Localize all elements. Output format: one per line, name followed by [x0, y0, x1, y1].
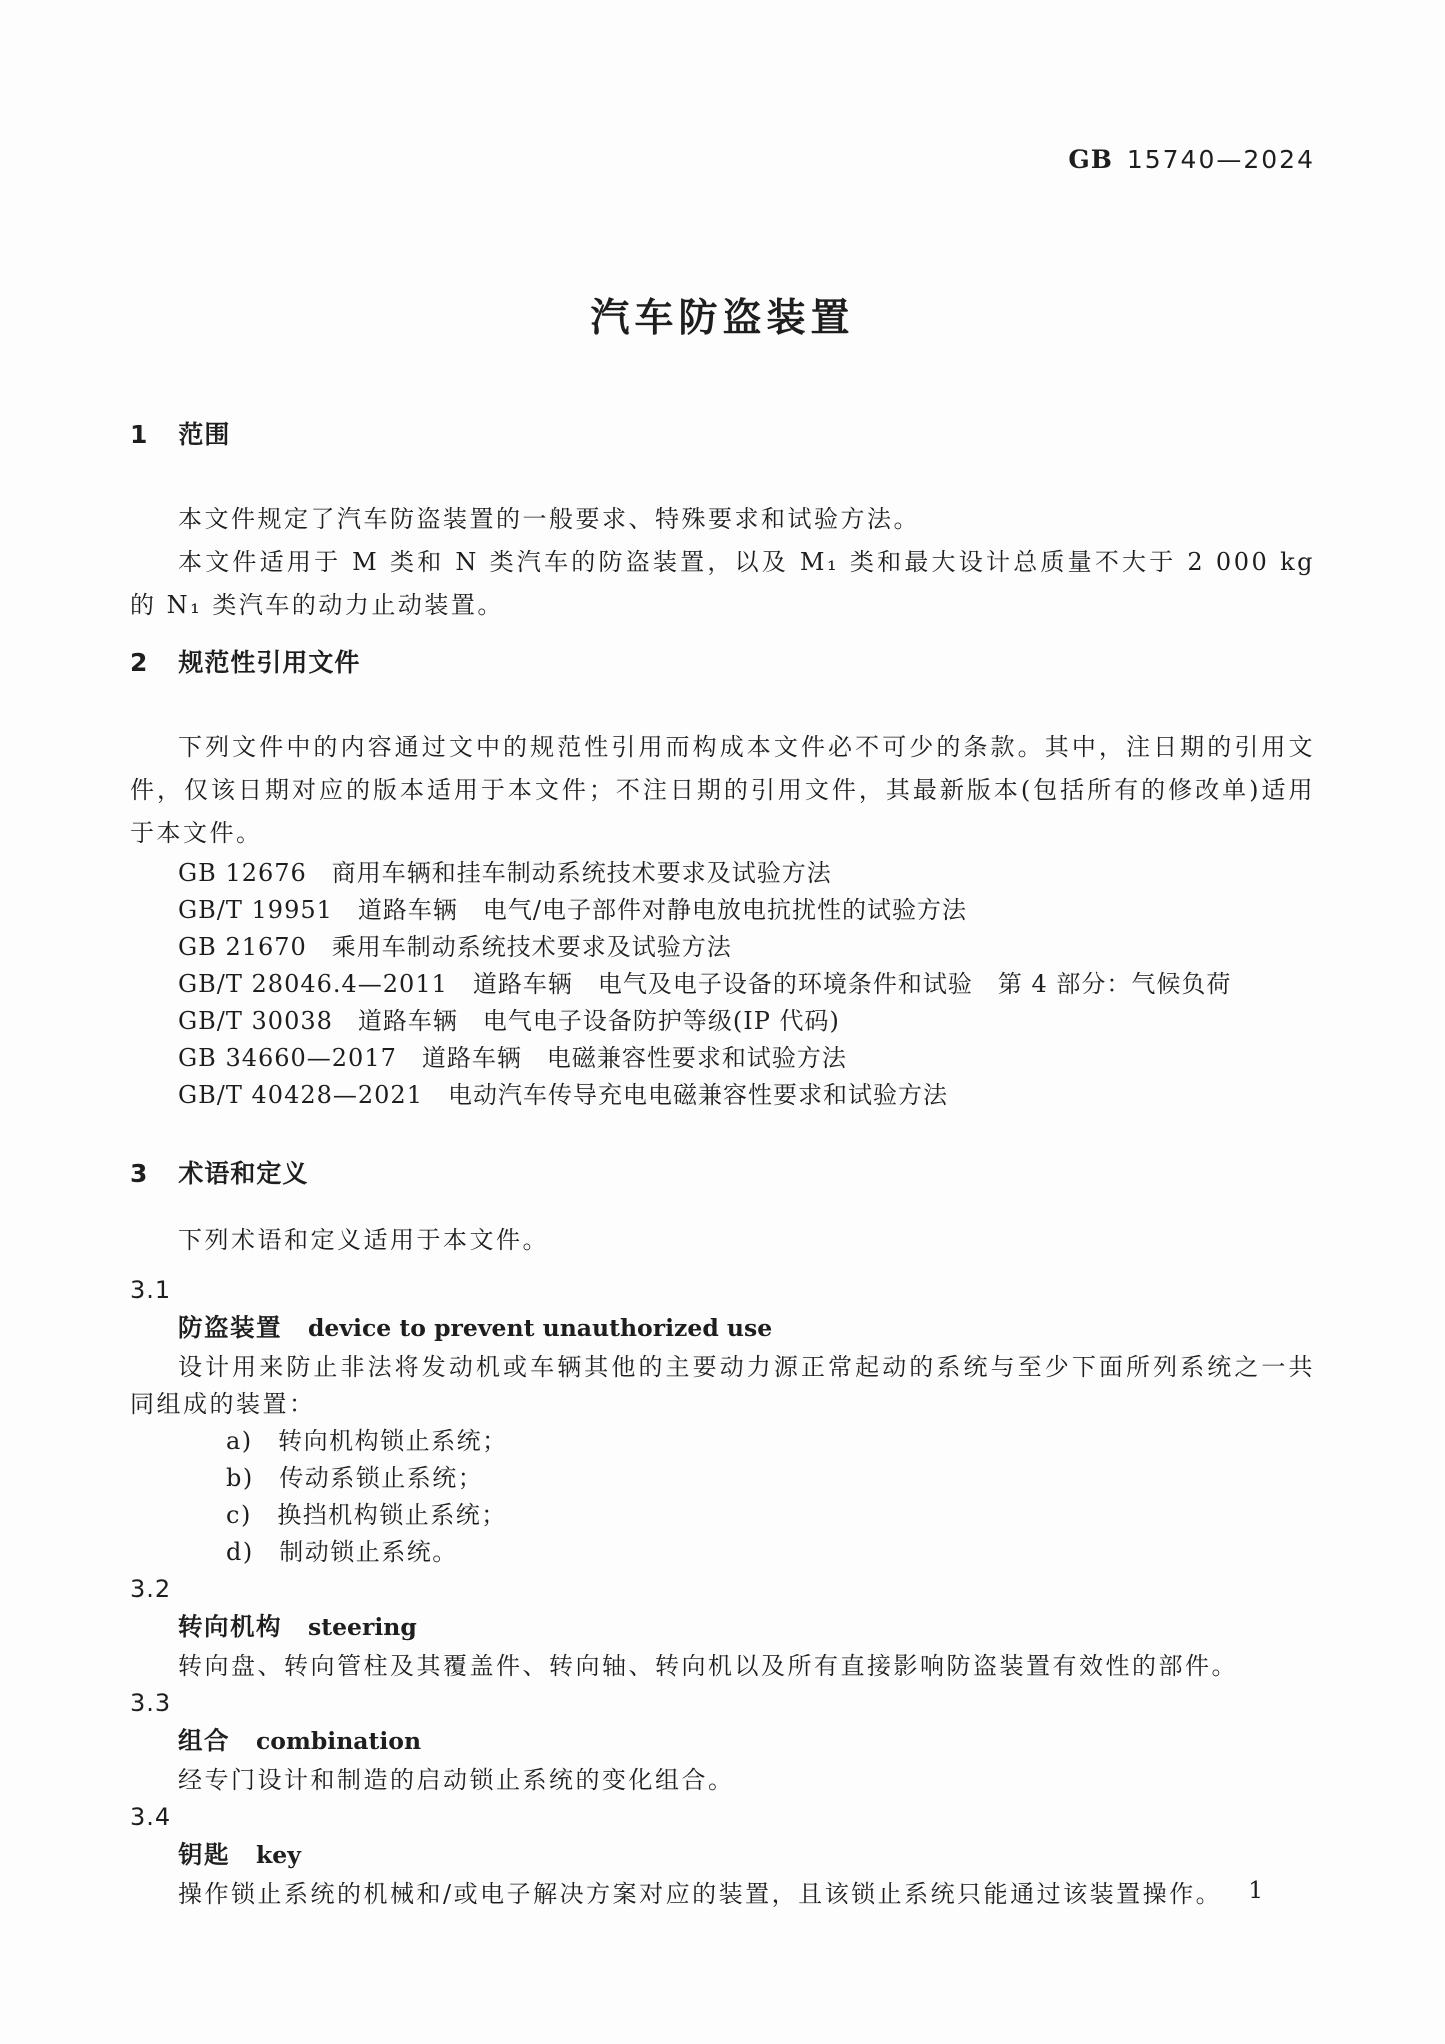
reference-item: GB/T 19951 道路车辆 电气/电子部件对静电放电抗扰性的试验方法 — [130, 892, 1315, 929]
section-3-number: 3 — [130, 1159, 148, 1188]
reference-item: GB/T 40428—2021 电动汽车传导充电电磁兼容性要求和试验方法 — [130, 1077, 1315, 1114]
term-definition-3-1: 设计用来防止非法将发动机或车辆其他的主要动力源正常起动的系统与至少下面所列系统之… — [130, 1349, 1315, 1423]
section-2-number: 2 — [130, 648, 148, 677]
reference-item: GB 12676 商用车辆和挂车制动系统技术要求及试验方法 — [130, 855, 1315, 892]
term-zh: 组合 — [178, 1726, 230, 1755]
list-item-b: b) 传动系锁止系统； — [130, 1460, 1315, 1497]
list-item-a: a) 转向机构锁止系统； — [130, 1423, 1315, 1460]
scope-paragraph-1: 本文件规定了汽车防盗装置的一般要求、特殊要求和试验方法。 — [130, 498, 1315, 541]
standard-prefix: GB — [1068, 145, 1112, 174]
term-definition-3-2: 转向盘、转向管柱及其覆盖件、转向轴、转向机以及所有直接影响防盗装置有效性的部件。 — [130, 1648, 1315, 1685]
document-title: 汽车防盗装置 — [130, 293, 1315, 345]
term-zh: 转向机构 — [178, 1612, 282, 1641]
definition-sublist: a) 转向机构锁止系统； b) 传动系锁止系统； c) 换挡机构锁止系统； d)… — [130, 1423, 1315, 1571]
reference-item: GB 34660—2017 道路车辆 电磁兼容性要求和试验方法 — [130, 1040, 1315, 1077]
standard-code: GB15740—2024 — [130, 0, 1315, 175]
section-1-number: 1 — [130, 420, 148, 449]
term-zh: 防盗装置 — [178, 1313, 282, 1342]
term-en: combination — [256, 1727, 421, 1755]
list-item-d: d) 制动锁止系统。 — [130, 1534, 1315, 1571]
reference-item: GB/T 28046.4—2011 道路车辆 电气及电子设备的环境条件和试验 第… — [130, 966, 1315, 1003]
section-2-title: 规范性引用文件 — [178, 648, 360, 677]
term-heading-3-3: 组合combination — [130, 1722, 1315, 1762]
term-en: steering — [308, 1613, 417, 1641]
document-page: GB15740—2024 汽车防盗装置 1范围 本文件规定了汽车防盗装置的一般要… — [0, 0, 1445, 2044]
page-content: GB15740—2024 汽车防盗装置 1范围 本文件规定了汽车防盗装置的一般要… — [0, 0, 1445, 1913]
references-intro: 下列文件中的内容通过文中的规范性引用而构成本文件必不可少的条款。其中，注日期的引… — [130, 726, 1315, 855]
term-heading-3-1: 防盗装置device to prevent unauthorized use — [130, 1309, 1315, 1349]
clause-number-3-1: 3.1 — [130, 1272, 1315, 1309]
term-heading-3-4: 钥匙key — [130, 1836, 1315, 1876]
scope-paragraph-2: 本文件适用于 M 类和 N 类汽车的防盗装置，以及 M₁ 类和最大设计总质量不大… — [130, 541, 1315, 627]
clause-number-3-3: 3.3 — [130, 1685, 1315, 1722]
term-en: key — [256, 1841, 301, 1869]
reference-list: GB 12676 商用车辆和挂车制动系统技术要求及试验方法 GB/T 19951… — [130, 855, 1315, 1114]
page-number: 1 — [1248, 1876, 1263, 1906]
term-definition-3-3: 经专门设计和制造的启动锁止系统的变化组合。 — [130, 1762, 1315, 1799]
term-zh: 钥匙 — [178, 1840, 230, 1869]
terms-list: 3.1 防盗装置device to prevent unauthorized u… — [130, 1272, 1315, 1913]
list-item-c: c) 换挡机构锁止系统； — [130, 1497, 1315, 1534]
clause-number-3-2: 3.2 — [130, 1571, 1315, 1608]
section-3-title: 术语和定义 — [178, 1159, 308, 1188]
clause-number-3-4: 3.4 — [130, 1799, 1315, 1836]
terms-intro: 下列术语和定义适用于本文件。 — [130, 1219, 1315, 1262]
term-en: device to prevent unauthorized use — [308, 1314, 772, 1342]
section-1-title: 范围 — [178, 420, 230, 449]
section-3-heading: 3术语和定义 — [130, 1157, 1315, 1191]
reference-item: GB/T 30038 道路车辆 电气电子设备防护等级(IP 代码) — [130, 1003, 1315, 1040]
term-definition-3-4: 操作锁止系统的机械和/或电子解决方案对应的装置，且该锁止系统只能通过该装置操作。 — [130, 1876, 1315, 1913]
section-1-heading: 1范围 — [130, 418, 1315, 452]
section-2-heading: 2规范性引用文件 — [130, 646, 1315, 680]
standard-number: 15740—2024 — [1127, 145, 1315, 174]
reference-item: GB 21670 乘用车制动系统技术要求及试验方法 — [130, 929, 1315, 966]
term-heading-3-2: 转向机构steering — [130, 1608, 1315, 1648]
